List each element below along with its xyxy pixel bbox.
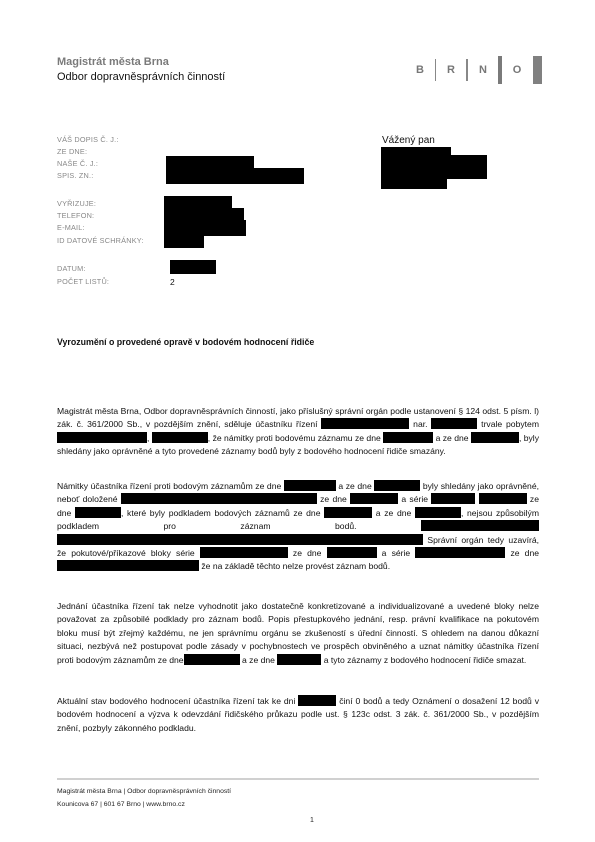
redacted-series [415, 547, 505, 558]
brno-logo: B R N O [414, 56, 542, 84]
redacted-spis-zn [166, 168, 304, 184]
logo-separator [498, 56, 502, 84]
text: Námitky účastníka řízení proti bodovým z… [57, 481, 284, 491]
label-spis-zn: SPIS. ZN.: [57, 171, 93, 180]
text: a série [398, 494, 431, 504]
body-paragraph-3: Jednání účastníka řízení tak nelze vyhod… [57, 600, 539, 667]
logo-letter-n: N [477, 64, 489, 76]
redacted-date [75, 507, 121, 518]
redacted-date [57, 560, 199, 571]
redacted-date [350, 493, 398, 504]
redacted-date [383, 432, 433, 443]
text: Aktuální stav bodového hodnocení účastní… [57, 696, 298, 706]
label-pocet-listu: POČET LISTŮ: [57, 277, 109, 286]
logo-letter-r: R [445, 64, 457, 76]
label-vas-dopis: VÁŠ DOPIS Č. J.: [57, 135, 119, 144]
label-vyrizuje: VYŘIZUJE: [57, 199, 96, 208]
text: ze dne [317, 494, 350, 504]
body-paragraph-2: Námitky účastníka řízení proti bodovým z… [57, 480, 539, 574]
text: , které byly podkladem bodových záznamů … [121, 508, 324, 518]
footer-line-2: Kounicova 67 | 601 67 Brno | www.brno.cz [57, 801, 185, 808]
redacted-date [415, 507, 461, 518]
redacted-series [200, 547, 288, 558]
footer-divider [57, 778, 539, 780]
text: ze dne [288, 548, 327, 558]
body-paragraph-4: Aktuální stav bodového hodnocení účastní… [57, 695, 539, 735]
redacted-date [374, 480, 420, 491]
redacted-datum [170, 260, 216, 274]
redacted-document [121, 493, 317, 504]
logo-letter-o: O [511, 64, 523, 76]
text: a ze dne [240, 655, 278, 665]
text: a série [377, 548, 416, 558]
body-paragraph-1: Magistrát města Brna, Odbor dopravněsprá… [57, 405, 539, 459]
text: ze dne [505, 548, 539, 558]
redacted-date [284, 480, 336, 491]
label-nase-cj: NAŠE Č. J.: [57, 159, 98, 168]
department-name: Odbor dopravněsprávních činností [57, 71, 225, 83]
text: a tyto záznamy z bodového hodnocení řidi… [321, 655, 526, 665]
redacted-datova-schranka [164, 234, 204, 248]
redacted-date [184, 654, 240, 665]
redacted-address [57, 432, 147, 443]
redacted-date [277, 654, 321, 665]
logo-separator [466, 59, 468, 81]
text: nar. [409, 419, 431, 429]
letter-subject: Vyrozumění o provedené opravě v bodovém … [57, 337, 314, 347]
label-telefon: TELEFON: [57, 211, 94, 220]
redacted-date [324, 507, 372, 518]
redacted-addressee-line3 [381, 175, 447, 189]
logo-separator [435, 59, 436, 81]
label-datova-schranka: ID DATOVÉ SCHRÁNKY: [57, 236, 144, 245]
redacted-text [421, 520, 539, 531]
text: trvale pobytem [477, 419, 539, 429]
page-number: 1 [310, 817, 314, 824]
organization-name: Magistrát města Brna [57, 56, 169, 68]
footer-line-1: Magistrát města Brna | Odbor dopravněspr… [57, 788, 231, 795]
label-ze-dne: ZE DNE: [57, 147, 87, 156]
text: , že námitky proti bodovému záznamu ze d… [208, 433, 383, 443]
redacted-city [152, 432, 208, 443]
redacted-name [321, 418, 409, 429]
redacted-series [431, 493, 475, 504]
addressee-salutation: Vážený pan [382, 135, 435, 146]
text: že na základě těchto nelze provést zázna… [199, 561, 390, 571]
redacted-birthdate [431, 418, 477, 429]
text: a ze dne [336, 481, 374, 491]
value-pocet-listu: 2 [170, 277, 175, 287]
redacted-series [479, 493, 527, 504]
label-datum: DATUM: [57, 264, 86, 273]
label-email: E-MAIL: [57, 223, 85, 232]
redacted-text [57, 534, 423, 545]
redacted-date [298, 695, 336, 706]
redacted-date [327, 547, 377, 558]
logo-bar [533, 56, 542, 84]
redacted-date [471, 432, 519, 443]
text: a ze dne [433, 433, 471, 443]
logo-letter-b: B [414, 64, 426, 76]
text: a ze dne [372, 508, 415, 518]
